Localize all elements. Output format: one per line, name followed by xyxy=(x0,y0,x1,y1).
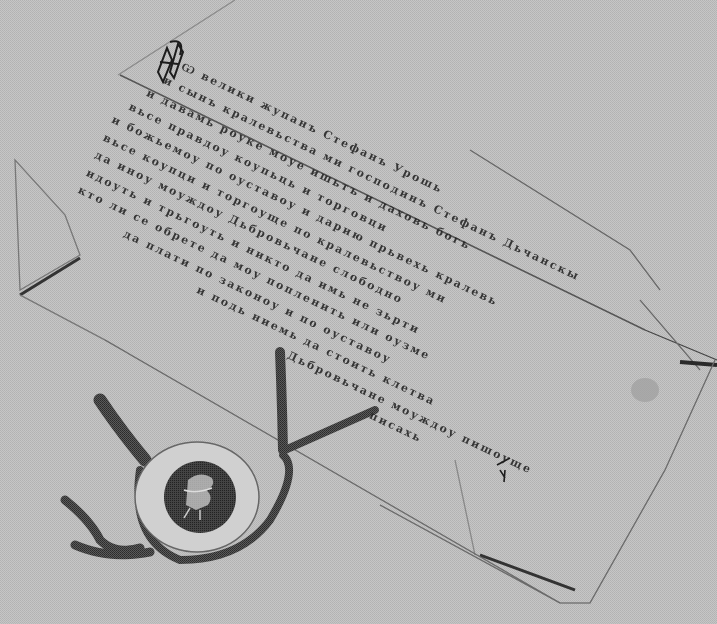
hanging-seal xyxy=(135,442,259,552)
stain xyxy=(631,378,659,402)
charter-photograph: Ѡ велики жупанъ Стефанъ Урошь и сынъ кра… xyxy=(0,0,717,624)
